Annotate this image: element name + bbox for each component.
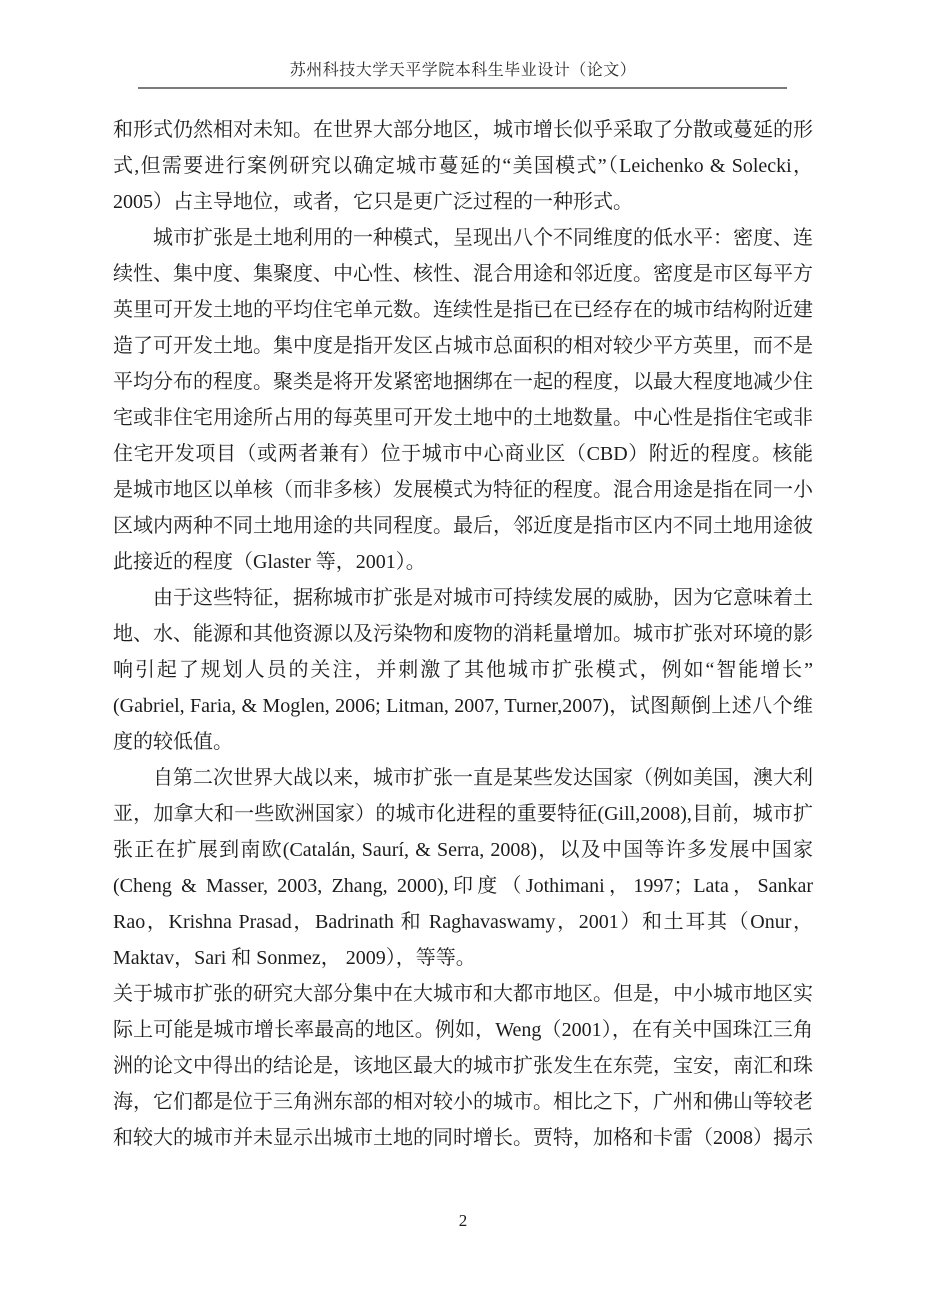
page-header-title: 苏州科技大学天平学院本科生毕业设计（论文） — [0, 60, 926, 82]
paragraph: 关于城市扩张的研究大部分集中在大城市和大都市地区。但是，中小城市地区实际上可能是… — [113, 976, 813, 1156]
document-body: 和形式仍然相对未知。在世界大部分地区，城市增长似乎采取了分散或蔓延的形式,但需要… — [113, 112, 813, 1156]
paragraph: 由于这些特征，据称城市扩张是对城市可持续发展的威胁，因为它意味着土地、水、能源和… — [113, 580, 813, 760]
paragraph: 和形式仍然相对未知。在世界大部分地区，城市增长似乎采取了分散或蔓延的形式,但需要… — [113, 112, 813, 220]
paragraph: 城市扩张是土地利用的一种模式，呈现出八个不同维度的低水平：密度、连续性、集中度、… — [113, 220, 813, 580]
paragraph: 自第二次世界大战以来，城市扩张一直是某些发达国家（例如美国，澳大利亚，加拿大和一… — [113, 760, 813, 976]
header-rule-divider — [138, 87, 787, 89]
document-page: 苏州科技大学天平学院本科生毕业设计（论文） 和形式仍然相对未知。在世界大部分地区… — [0, 0, 926, 1309]
page-number: 2 — [0, 1211, 926, 1231]
